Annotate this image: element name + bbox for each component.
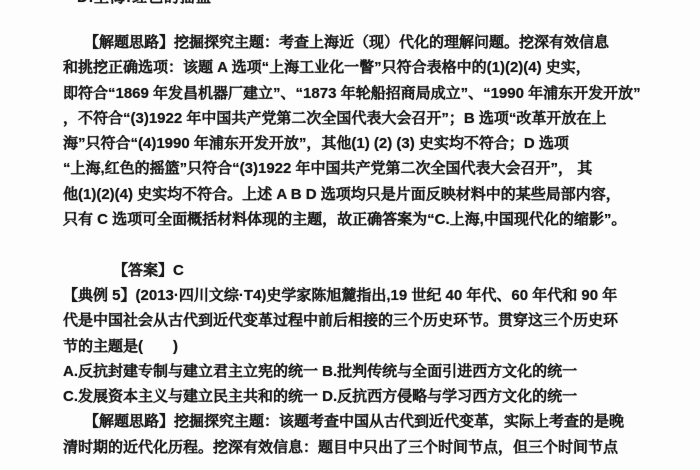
options-line-a-b: A.反抗封建专制与建立君主立宪的统一 B.批判传统与全面引进西方文化的统一 xyxy=(63,359,643,384)
text-line-analysis-2-start: 【解题思路】挖掘探究主题：该题考查中国从古代到近代变革，实际上考查的是晚 xyxy=(63,409,643,434)
text-line: 他(1)(2)(4) 史实均不符合。上述 A B D 选项均只是片面反映材料中的… xyxy=(63,182,643,207)
answer-line: 【答案】C xyxy=(63,258,643,283)
text-line: “上海,红色的摇篮”只符合“(3)1922 年中国共产党第二次全国代表大会召开”… xyxy=(63,156,643,181)
question-5-stem-line: 节的主题是( ) xyxy=(63,334,643,359)
blank-line xyxy=(63,232,643,257)
text-line: ，不符合“(3)1922 年中国共产党第二次全国代表大会召开”；B 选项“改革开… xyxy=(63,106,643,131)
text-line: 清时期的近代化历程。挖深有效信息：题目中只出了三个时间节点，但三个时间节点 xyxy=(63,435,643,460)
options-line-c-d: C.发展资本主义与建立民主共和的统一 D.反抗西方侵略与学习西方文化的统一 xyxy=(63,384,643,409)
question-5-stem-line: 【典例 5】(2013·四川文综·T4)史学家陈旭麓指出,19 世纪 40 年代… xyxy=(63,283,643,308)
clipped-option-heading: D.上海:红色的摇篮 xyxy=(77,0,212,7)
document-page: D.上海:红色的摇篮 【解题思路】挖掘探究主题：考查上海近（现）代化的理解问题。… xyxy=(0,0,700,470)
question-5-stem-line: 代是中国社会从古代到近代变革过程中前后相接的三个历史环节。贯穿这三个历史环 xyxy=(63,308,643,333)
document-body: 【解题思路】挖掘探究主题：考查上海近（现）代化的理解问题。挖深有效信息 和挑挖正… xyxy=(63,30,643,460)
text-line: 和挑挖正确选项：该题 A 选项“上海工业化一瞥”只符合表格中的(1)(2)(4)… xyxy=(63,55,643,80)
text-line: 只有 C 选项可全面概括材料体现的主题，故正确答案为“C.上海,中国现代化的缩影… xyxy=(63,207,643,232)
text-line-analysis-1-start: 【解题思路】挖掘探究主题：考查上海近（现）代化的理解问题。挖深有效信息 xyxy=(63,30,643,55)
text-line: 海”只符合“(4)1990 年浦东开发开放”，其他(1) (2) (3) 史实均… xyxy=(63,131,643,156)
text-line: 即符合“1869 年发昌机器厂建立”、“1873 年轮船招商局成立”、“1990… xyxy=(63,81,643,106)
